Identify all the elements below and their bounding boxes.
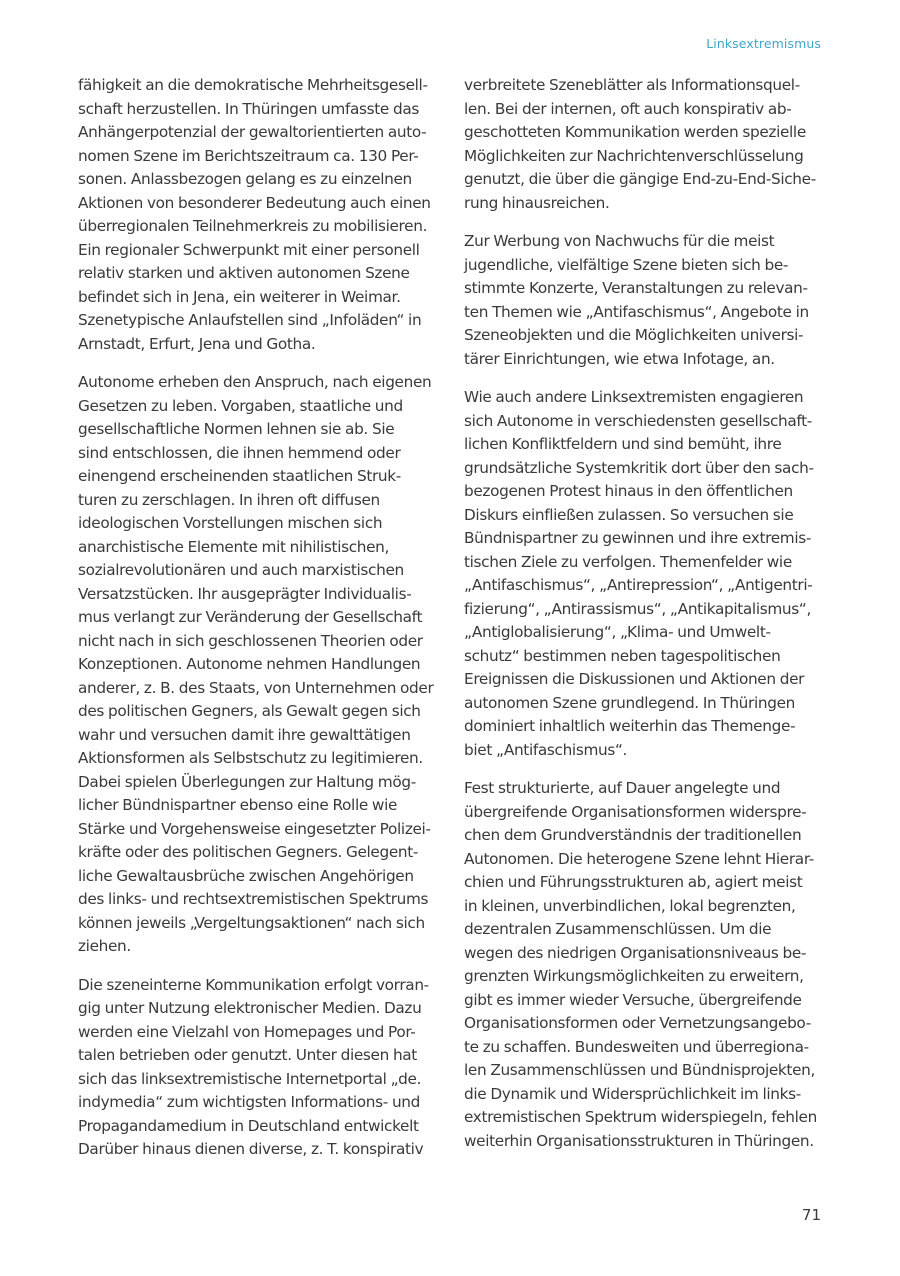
text-line: des politischen Gegners, als Gewalt gege… bbox=[78, 700, 440, 724]
text-line: turen zu zerschlagen. In ihren oft diffu… bbox=[78, 489, 440, 513]
text-line: können jeweils „Vergeltungsaktionen“ nac… bbox=[78, 912, 440, 936]
text-line: len Zusammenschlüssen und Bündnisprojekt… bbox=[464, 1059, 826, 1083]
text-line: te zu schaffen. Bundesweiten und überreg… bbox=[464, 1036, 826, 1060]
text-line: dominiert inhaltlich weiterhin das Theme… bbox=[464, 715, 826, 739]
text-line: Zur Werbung von Nachwuchs für die meist bbox=[464, 230, 826, 254]
text-line: gibt es immer wieder Versuche, übergreif… bbox=[464, 989, 826, 1013]
text-line: sonen. Anlassbezogen gelang es zu einzel… bbox=[78, 168, 440, 192]
body-paragraph: fähigkeit an die demokratische Mehrheits… bbox=[78, 74, 440, 356]
text-line: Aktionsformen als Selbstschutz zu legiti… bbox=[78, 747, 440, 771]
text-line: genutzt, die über die gängige End-zu-End… bbox=[464, 168, 826, 192]
text-line: talen betrieben oder genutzt. Unter dies… bbox=[78, 1044, 440, 1068]
text-line: Aktionen von besonderer Bedeutung auch e… bbox=[78, 192, 440, 216]
text-line: geschotteten Kommunikation werden spezie… bbox=[464, 121, 826, 145]
text-line: gig unter Nutzung elektronischer Medien.… bbox=[78, 997, 440, 1021]
text-line: grenzten Wirkungsmöglichkeiten zu erweit… bbox=[464, 965, 826, 989]
text-line: kräfte oder des politischen Gegners. Gel… bbox=[78, 841, 440, 865]
text-line: Autonomen. Die heterogene Szene lehnt Hi… bbox=[464, 848, 826, 872]
text-line: grundsätzliche Systemkritik dort über de… bbox=[464, 457, 826, 481]
text-line: „Antifaschismus“, „Antirepression“, „Ant… bbox=[464, 574, 826, 598]
text-line: nomen Szene im Berichtszeitraum ca. 130 … bbox=[78, 145, 440, 169]
text-line: relativ starken und aktiven autonomen Sz… bbox=[78, 262, 440, 286]
text-line: fizierung“, „Antirassismus“, „Antikapita… bbox=[464, 598, 826, 622]
text-line: fähigkeit an die demokratische Mehrheits… bbox=[78, 74, 440, 98]
text-line: ten Themen wie „Antifaschismus“, Angebot… bbox=[464, 301, 826, 325]
text-line: die Dynamik und Widersprüchlichkeit im l… bbox=[464, 1083, 826, 1107]
left-column: fähigkeit an die demokratische Mehrheits… bbox=[78, 74, 440, 1177]
body-paragraph: Fest strukturierte, auf Dauer angelegte … bbox=[464, 777, 826, 1153]
text-line: Arnstadt, Erfurt, Jena und Gotha. bbox=[78, 333, 440, 357]
text-line: schaft herzustellen. In Thüringen umfass… bbox=[78, 98, 440, 122]
text-line: lichen Konfliktfeldern und sind bemüht, … bbox=[464, 433, 826, 457]
body-paragraph: Die szeneinterne Kommunikation erfolgt v… bbox=[78, 974, 440, 1162]
text-line: chen dem Grundverständnis der traditione… bbox=[464, 824, 826, 848]
text-line: jugendliche, vielfältige Szene bieten si… bbox=[464, 254, 826, 278]
text-line: anarchistische Elemente mit nihilistisch… bbox=[78, 536, 440, 560]
body-paragraph: Wie auch andere Linksextremisten engagie… bbox=[464, 386, 826, 762]
text-line: len. Bei der internen, oft auch konspira… bbox=[464, 98, 826, 122]
text-line: autonomen Szene grundlegend. In Thüringe… bbox=[464, 692, 826, 716]
text-line: Die szeneinterne Kommunikation erfolgt v… bbox=[78, 974, 440, 998]
text-line: sind entschlossen, die ihnen hemmend ode… bbox=[78, 442, 440, 466]
text-line: Szeneobjekten und die Möglichkeiten univ… bbox=[464, 324, 826, 348]
text-line: Organisationsformen oder Vernetzungsange… bbox=[464, 1012, 826, 1036]
right-column: verbreitete Szeneblätter als Information… bbox=[464, 74, 826, 1168]
text-line: tärer Einrichtungen, wie etwa Infotage, … bbox=[464, 348, 826, 372]
text-line: Propagandamedium in Deutschland entwicke… bbox=[78, 1115, 440, 1139]
text-line: biet „Antifaschismus“. bbox=[464, 739, 826, 763]
text-line: schutz“ bestimmen neben tagespolitischen bbox=[464, 645, 826, 669]
text-line: licher Bündnispartner ebenso eine Rolle … bbox=[78, 794, 440, 818]
text-line: Anhängerpotenzial der gewaltorientierten… bbox=[78, 121, 440, 145]
text-line: Möglichkeiten zur Nachrichtenverschlüsse… bbox=[464, 145, 826, 169]
text-line: tischen Ziele zu verfolgen. Themenfelder… bbox=[464, 551, 826, 575]
text-line: gesellschaftliche Normen lehnen sie ab. … bbox=[78, 418, 440, 442]
text-line: Stärke und Vorgehensweise eingesetzter P… bbox=[78, 818, 440, 842]
text-line: Autonome erheben den Anspruch, nach eige… bbox=[78, 371, 440, 395]
text-line: Konzeptionen. Autonome nehmen Handlungen bbox=[78, 653, 440, 677]
text-line: überregionalen Teilnehmerkreis zu mobili… bbox=[78, 215, 440, 239]
text-line: befindet sich in Jena, ein weiterer in W… bbox=[78, 286, 440, 310]
text-line: sich das linksextremistische Internetpor… bbox=[78, 1068, 440, 1092]
text-line: Wie auch andere Linksextremisten engagie… bbox=[464, 386, 826, 410]
text-line: wahr und versuchen damit ihre gewalttäti… bbox=[78, 724, 440, 748]
text-line: Ereignissen die Diskussionen und Aktione… bbox=[464, 668, 826, 692]
text-line: stimmte Konzerte, Veranstaltungen zu rel… bbox=[464, 277, 826, 301]
text-line: verbreitete Szeneblätter als Information… bbox=[464, 74, 826, 98]
text-line: „Antiglobalisierung“, „Klima- und Umwelt… bbox=[464, 621, 826, 645]
body-paragraph: Zur Werbung von Nachwuchs für die meistj… bbox=[464, 230, 826, 371]
text-line: bezogenen Protest hinaus in den öffentli… bbox=[464, 480, 826, 504]
text-line: anderer, z. B. des Staats, von Unternehm… bbox=[78, 677, 440, 701]
text-line: werden eine Vielzahl von Homepages und P… bbox=[78, 1021, 440, 1045]
text-line: Gesetzen zu leben. Vorgaben, staatliche … bbox=[78, 395, 440, 419]
text-line: des links- und rechtsextremistischen Spe… bbox=[78, 888, 440, 912]
text-line: einengend erscheinenden staatlichen Stru… bbox=[78, 465, 440, 489]
text-line: Szenetypische Anlaufstellen sind „Infolä… bbox=[78, 309, 440, 333]
text-line: Ein regionaler Schwerpunkt mit einer per… bbox=[78, 239, 440, 263]
text-line: nicht nach in sich geschlossenen Theorie… bbox=[78, 630, 440, 654]
text-line: Fest strukturierte, auf Dauer angelegte … bbox=[464, 777, 826, 801]
text-line: wegen des niedrigen Organisationsniveaus… bbox=[464, 942, 826, 966]
text-line: indymedia“ zum wichtigsten Informations-… bbox=[78, 1091, 440, 1115]
text-line: ziehen. bbox=[78, 935, 440, 959]
text-line: sozialrevolutionären und auch marxistisc… bbox=[78, 559, 440, 583]
text-line: mus verlangt zur Veränderung der Gesells… bbox=[78, 606, 440, 630]
text-line: chien und Führungsstrukturen ab, agiert … bbox=[464, 871, 826, 895]
body-paragraph: Autonome erheben den Anspruch, nach eige… bbox=[78, 371, 440, 959]
text-line: Dabei spielen Überlegungen zur Haltung m… bbox=[78, 771, 440, 795]
page-number: 71 bbox=[802, 1206, 821, 1224]
text-line: Darüber hinaus dienen diverse, z. T. kon… bbox=[78, 1138, 440, 1162]
text-line: Bündnispartner zu gewinnen und ihre extr… bbox=[464, 527, 826, 551]
text-line: Diskurs einfließen zulassen. So versuche… bbox=[464, 504, 826, 528]
text-line: extremistischen Spektrum widerspiegeln, … bbox=[464, 1106, 826, 1130]
body-paragraph: verbreitete Szeneblätter als Information… bbox=[464, 74, 826, 215]
text-line: dezentralen Zusammenschlüssen. Um die bbox=[464, 918, 826, 942]
text-line: ideologischen Vorstellungen mischen sich bbox=[78, 512, 440, 536]
text-line: rung hinausreichen. bbox=[464, 192, 826, 216]
running-header-title: Linksextremismus bbox=[706, 36, 821, 51]
text-line: weiterhin Organisationsstrukturen in Thü… bbox=[464, 1130, 826, 1154]
text-line: in kleinen, unverbindlichen, lokal begre… bbox=[464, 895, 826, 919]
text-line: Versatzstücken. Ihr ausgeprägter Individ… bbox=[78, 583, 440, 607]
text-line: liche Gewaltausbrüche zwischen Angehörig… bbox=[78, 865, 440, 889]
text-line: sich Autonome in verschiedensten gesells… bbox=[464, 410, 826, 434]
text-line: übergreifende Organisationsformen widers… bbox=[464, 801, 826, 825]
